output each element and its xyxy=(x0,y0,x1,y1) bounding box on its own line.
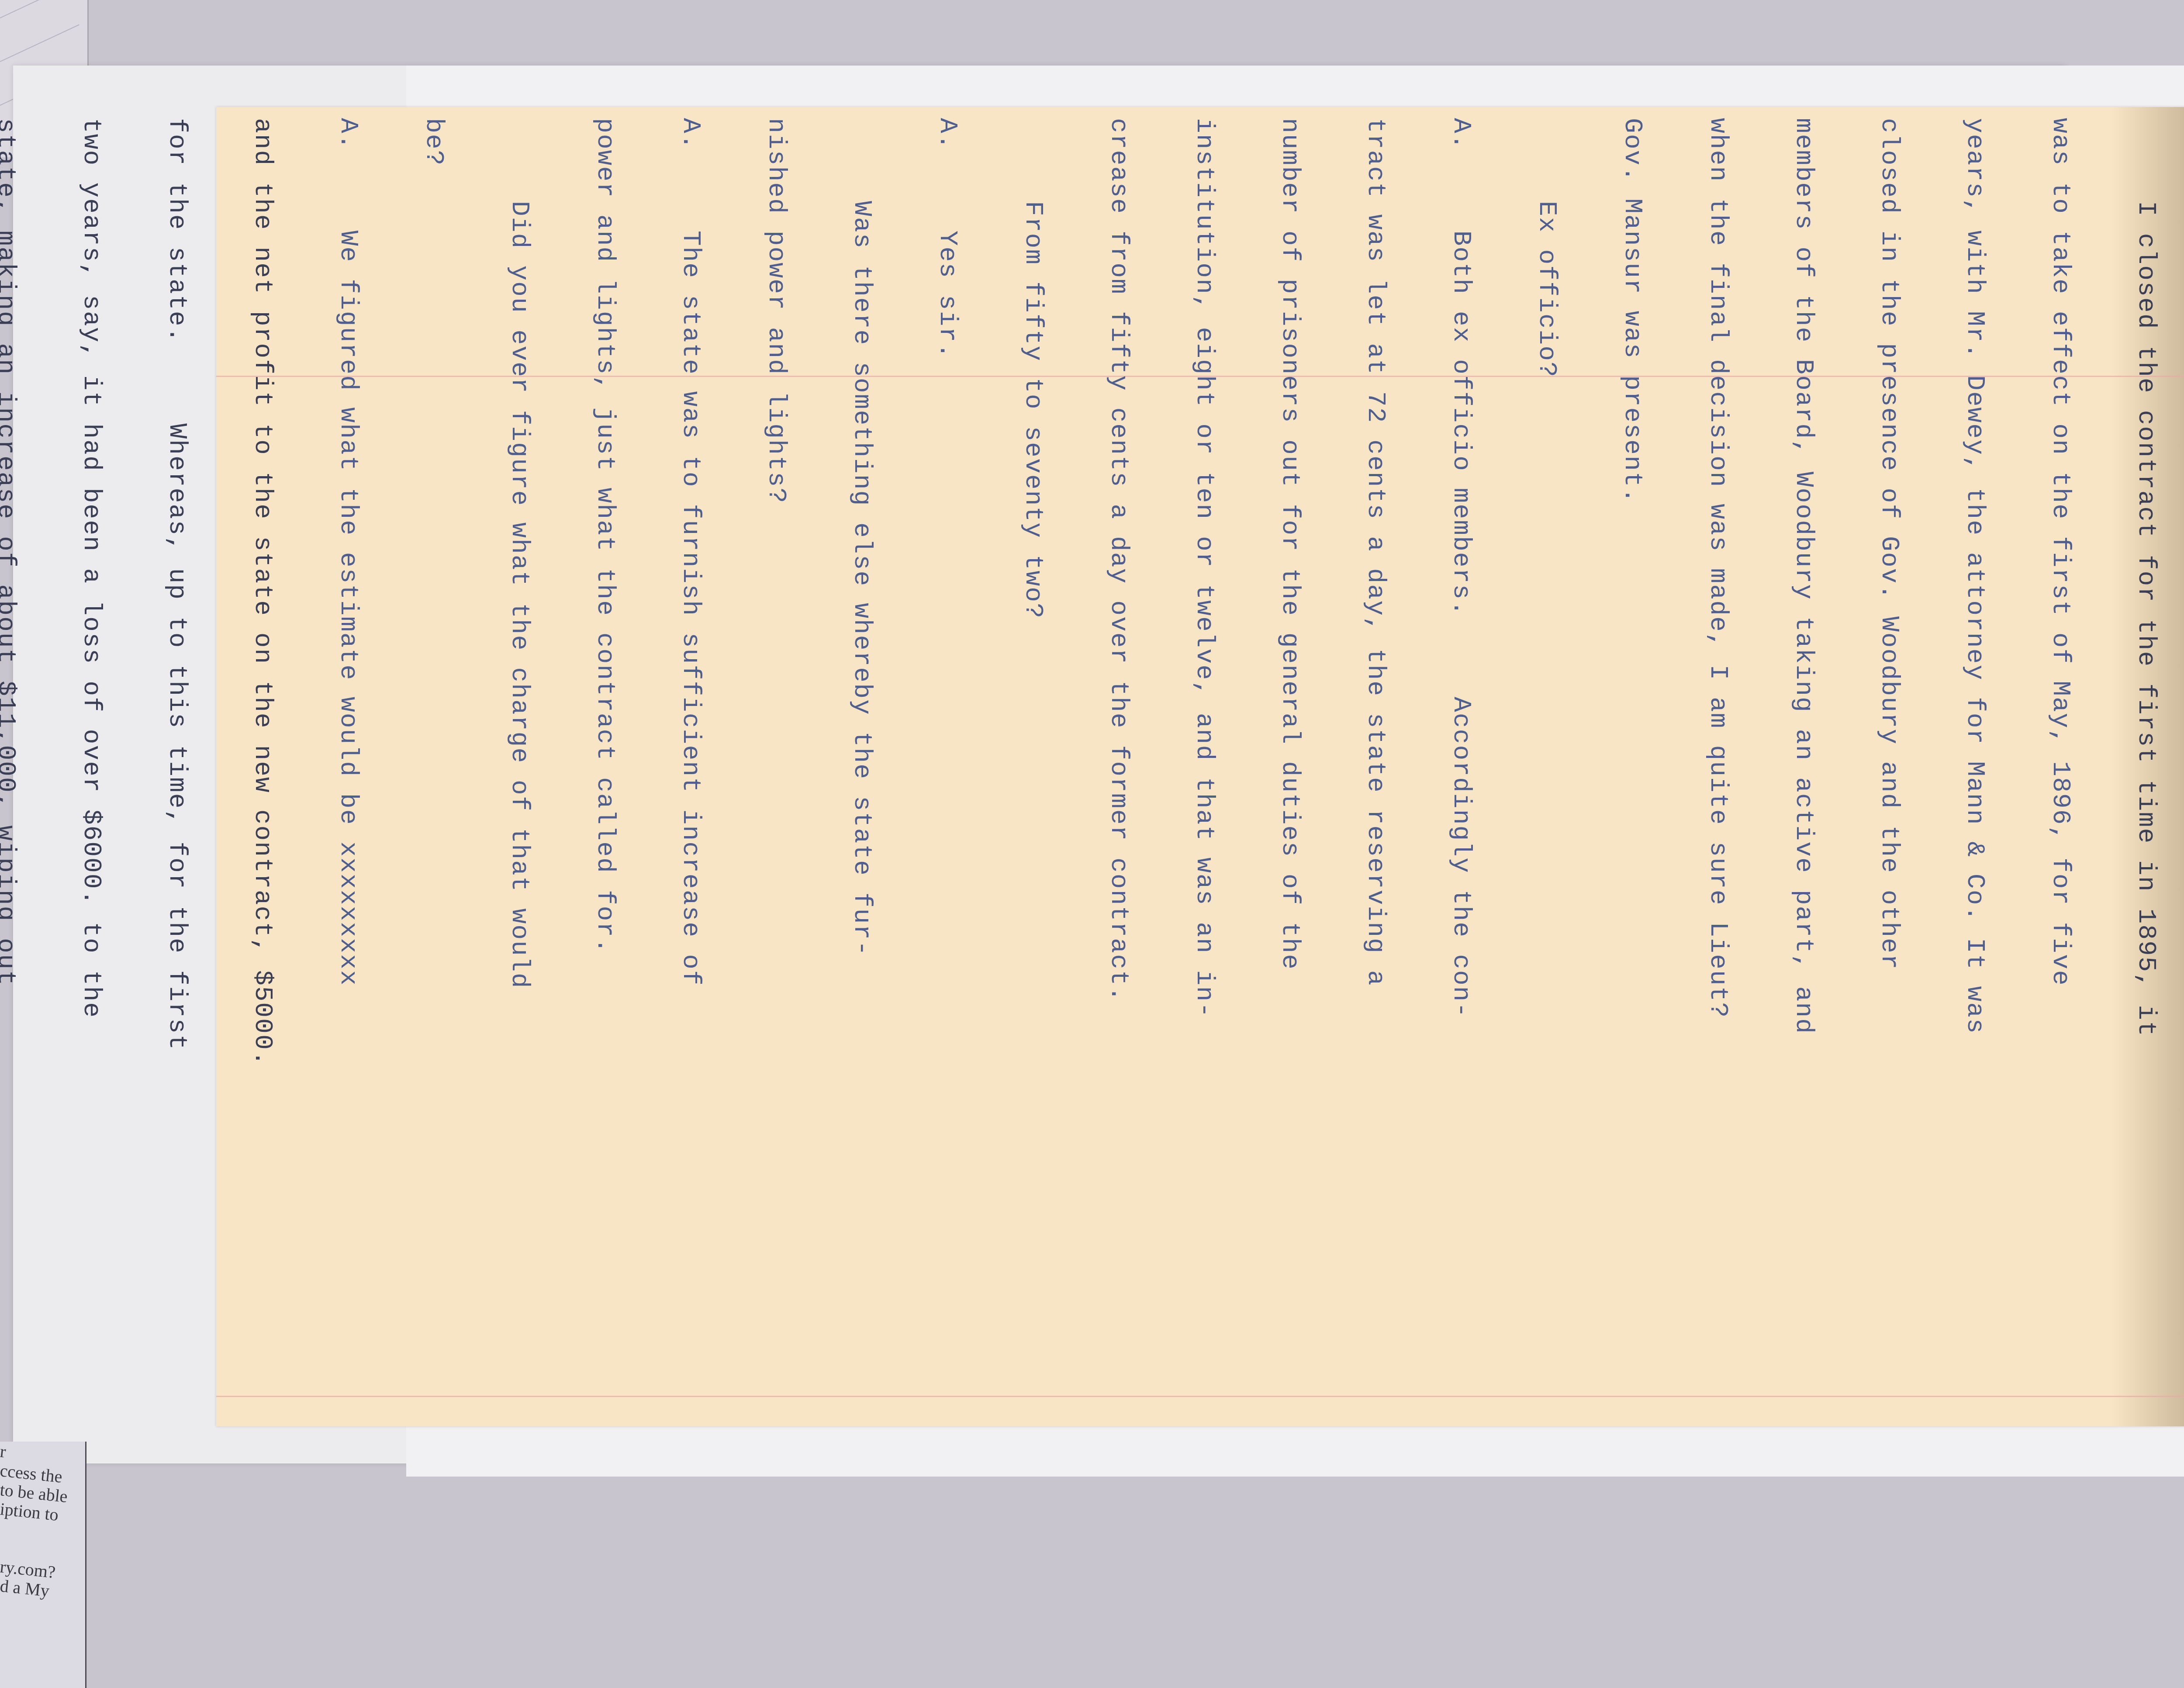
transcript-line-text: was to take effect on the first of May, … xyxy=(2017,118,2103,986)
transcript-line-text: tract was let at 72 cents a day, the sta… xyxy=(1332,118,1418,986)
transcript-line: state, making an increase of about $11,0… xyxy=(0,118,48,1407)
transcript-line: institution, eight or ten or twelve, and… xyxy=(1161,118,1247,1407)
transcript-line-text: when the final decision was made, I am q… xyxy=(1675,118,1760,1018)
transcript-line: for the state. Whereas, up to this time,… xyxy=(134,118,219,1407)
transcript-line-text: A. The state was to furnish sufficient i… xyxy=(647,118,733,986)
transcript-line: number of prisoners out for the general … xyxy=(1247,118,1332,1407)
transcript-line-text: Gov. Mansur was present. xyxy=(1589,118,1675,504)
transcript-line-text: Ex officio? xyxy=(1503,118,1589,378)
transcript-line: Gov. Mansur was present. xyxy=(1589,118,1675,1407)
transcript-line-text: power and lights, just what the contract… xyxy=(562,118,647,954)
transcript-line-text: closed in the presence of Gov. Woodbury … xyxy=(1846,118,1932,970)
ruled-line xyxy=(0,0,79,18)
transcript-line: years, with Mr. Dewey, the attorney for … xyxy=(1932,118,2017,1407)
transcript-line: was to take effect on the first of May, … xyxy=(2017,118,2103,1407)
transcript-line-text: members of the Board, Woodbury taking an… xyxy=(1760,118,1846,1034)
transcript-line: Q.From fifty to seventy two? xyxy=(990,118,1075,1407)
transcript-line-text: A. We figured what the estimate would be… xyxy=(305,118,390,986)
transcript-line: Q.Was there something else whereby the s… xyxy=(819,118,904,1407)
transcript-line: closed in the presence of Gov. Woodbury … xyxy=(1846,118,1932,1407)
background-book-fragment: rccess theto be ableiption to ry.com?d a… xyxy=(0,1442,86,1688)
transcript-line-text: state, making an increase of about $11,0… xyxy=(0,118,48,986)
transcript-line: when the final decision was made, I am q… xyxy=(1675,118,1760,1407)
transcript-line: two years, say, it had been a loss of ov… xyxy=(48,118,134,1407)
transcript-line: A. The state was to furnish sufficient i… xyxy=(647,118,733,1407)
transcript-line: members of the Board, Woodbury taking an… xyxy=(1760,118,1846,1407)
ruled-line xyxy=(0,24,79,62)
transcript-line: A. Both ex officio members. Accordingly … xyxy=(1418,118,1503,1407)
transcript-line: A.I closed the contract for the first ti… xyxy=(2103,118,2184,1407)
transcript-line-text: I closed the contract for the first time… xyxy=(2103,118,2184,1037)
transcript-line-text: crease from fifty cents a day over the f… xyxy=(1075,118,1161,1002)
transcript-line-text: two years, say, it had been a loss of ov… xyxy=(48,118,134,1018)
transcript-line: Q.Ex officio? xyxy=(1503,118,1589,1407)
transcript-line: A. We figured what the estimate would be… xyxy=(305,118,390,1407)
transcript-line-text: From fifty to seventy two? xyxy=(990,118,1075,619)
transcript-line-text: A. Both ex officio members. Accordingly … xyxy=(1418,118,1503,1018)
transcript-line-text: be? xyxy=(390,118,476,166)
transcript-line: and the net profit to the state on the n… xyxy=(219,118,305,1407)
transcript-line-text: number of prisoners out for the general … xyxy=(1247,118,1332,970)
transcript-line: Q.Did you ever figure what the charge of… xyxy=(476,118,562,1407)
transcript-line-text: A. Yes sir. xyxy=(904,118,990,359)
transcript-line-text: for the state. Whereas, up to this time,… xyxy=(134,118,219,1051)
transcript-line: crease from fifty cents a day over the f… xyxy=(1075,118,1161,1407)
transcript-line-text: Did you ever figure what the charge of t… xyxy=(476,118,562,989)
transcript-text: A.I closed the contract for the first ti… xyxy=(0,118,2184,1407)
transcript-line: A. Yes sir. xyxy=(904,118,990,1407)
transcript-line-text: institution, eight or ten or twelve, and… xyxy=(1161,118,1247,1018)
transcript-line-text: and the net profit to the state on the n… xyxy=(219,118,305,1067)
transcript-line-text: nished power and lights? xyxy=(733,118,819,504)
transcript-line: power and lights, just what the contract… xyxy=(562,118,647,1407)
transcript-line-text: years, with Mr. Dewey, the attorney for … xyxy=(1932,118,2017,1034)
transcript-line: be? xyxy=(390,118,476,1407)
transcript-line: tract was let at 72 cents a day, the sta… xyxy=(1332,118,1418,1407)
transcript-line: nished power and lights? xyxy=(733,118,819,1407)
transcript-line-text: Was there something else whereby the sta… xyxy=(819,118,904,957)
